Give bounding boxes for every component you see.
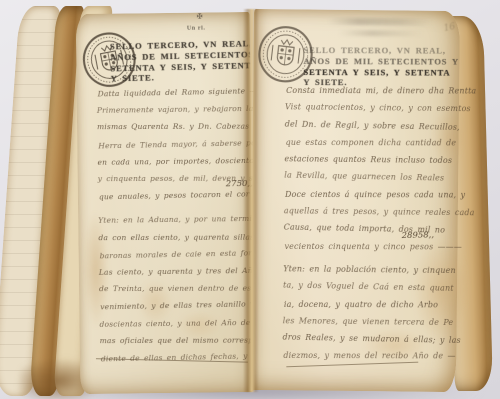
photo-backdrop: ✠ Un rl. SELLO TERCERO, VN REAL,AÑOS DE …: [0, 0, 500, 399]
handwritten-text-block: Datta liquidada del Ramo siguiente ———Pr…: [97, 83, 252, 367]
handwritten-line: la Revilla, que guarnecen los Reales: [284, 167, 456, 188]
printer-ornament-icon: ✠: [197, 13, 203, 21]
printed-tax-stamp-header: SELLO TERCERO, VN REAL,AÑOS DE MIL SETEC…: [110, 38, 251, 84]
handwritten-line: Yten: en la Aduana, y por una termina: [98, 210, 250, 229]
ink-bleedthrough: [338, 30, 424, 37]
handwritten-line: Doce cientos á quince pesos cada una, y: [285, 186, 457, 204]
ink-bleedthrough: [328, 18, 432, 26]
handwritten-line: que estas componen dicha cantidad de: [286, 134, 458, 152]
handwritten-line: Primeramente vajaron, y rebajaron las: [97, 100, 249, 119]
handwritten-line: ta, y dos Voguel de Caá en esta quant: [283, 277, 455, 298]
handwritten-line: ia, docena, y quatro de dicho Arbo: [284, 295, 456, 313]
printed-header-line: SELLO TERCERO, VN REAL,: [303, 45, 455, 56]
right-page: 16 SELLO TERCERO, VN REAL,AÑOS DE MIL SE…: [250, 9, 460, 392]
handwritten-line: en cada una, por importes, doscientos: [97, 152, 249, 171]
handwritten-line: del Dn. de Regil, y sobre esa Recuillos,: [285, 115, 457, 136]
left-page: ✠ Un rl. SELLO TERCERO, VN REAL,AÑOS DE …: [76, 12, 255, 394]
handwritten-line: Las ciento, y quarenta y tres del Año: [99, 262, 251, 281]
handwritten-line: mas oficiales que del mismo correspon: [100, 331, 252, 349]
handwritten-line: diente de ellas en dichas fechas, y la A: [101, 347, 253, 367]
printed-header-line: SETENTA Y SEIS, Y SETENTA: [303, 67, 455, 78]
printed-header-line: AÑOS DE MIL SETECIENTOS Y: [303, 56, 455, 67]
handwritten-line: mismas Quarenta Rs. y Dn. Cabezas de: [97, 118, 249, 136]
handwritten-line: doscientas ciento, y una del Año de: [99, 314, 251, 333]
amount-annotation: 28958,,: [402, 230, 435, 241]
book-gutter: [243, 9, 259, 392]
handwritten-text-block: Consta inmediata mi, de dinero dha Rentt…: [282, 81, 457, 366]
handwritten-line: Consta inmediata mi, de dinero dha Rentt…: [286, 82, 458, 100]
handwritten-line: Vist quatrocientos, y cinco, y con esemt…: [285, 99, 457, 118]
small-print-caption: Un rl.: [187, 25, 206, 31]
folio-mark: 16: [443, 22, 456, 34]
handwritten-line: da con ellas ciento, y quarenta sillas: [98, 228, 250, 246]
